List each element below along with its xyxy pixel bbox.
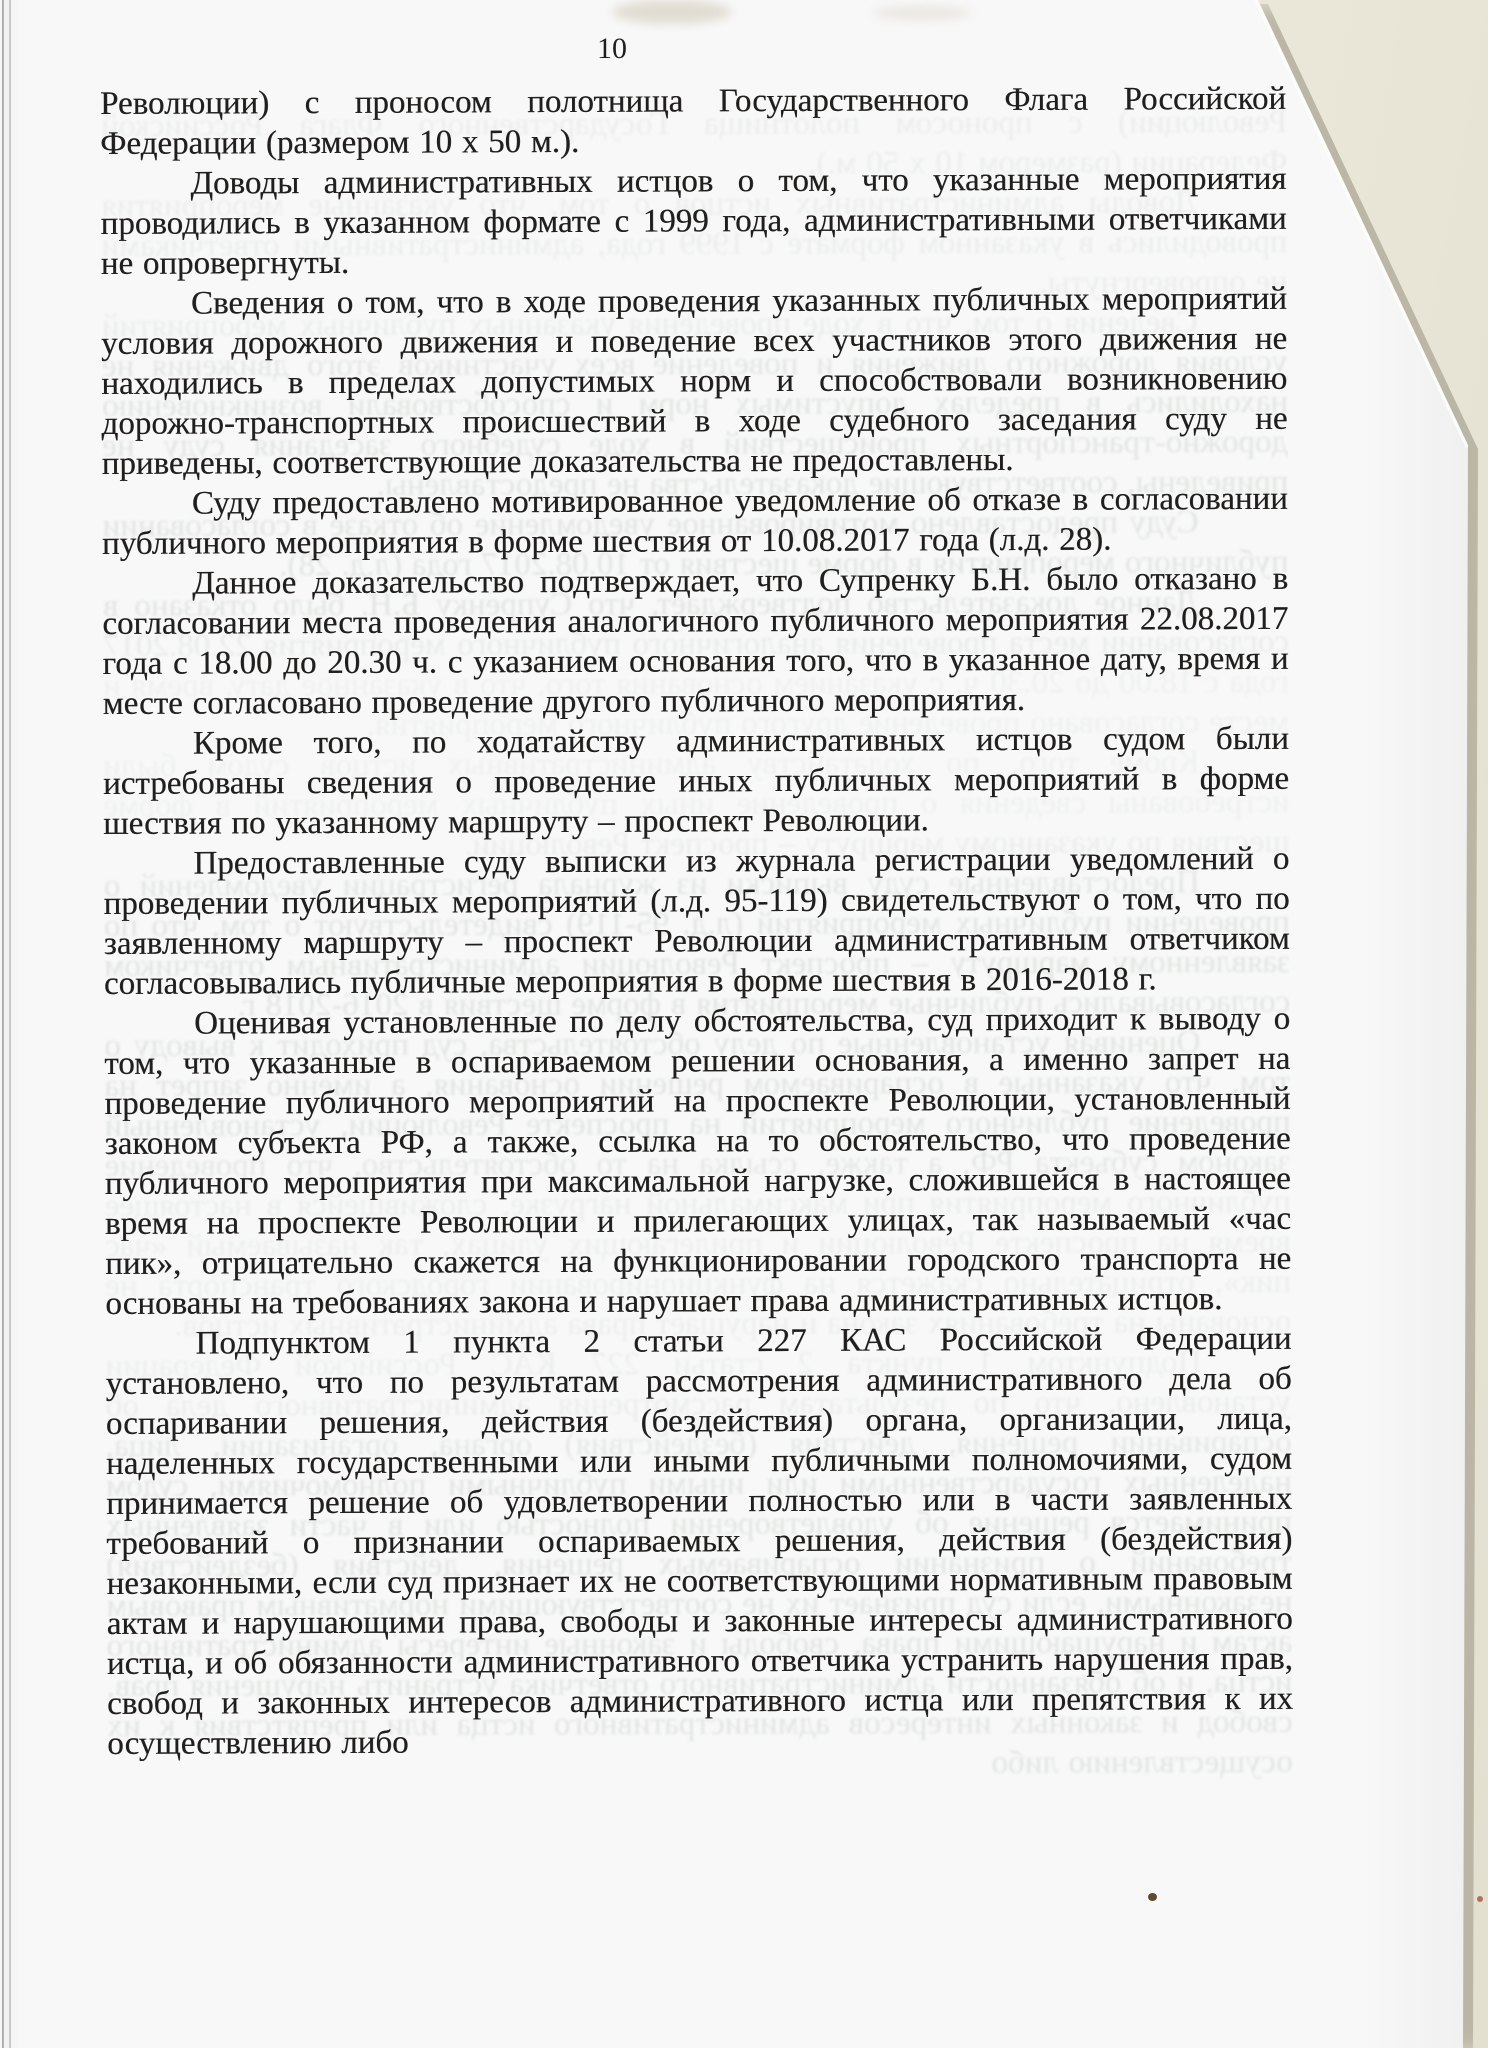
ink-speck bbox=[1148, 1893, 1157, 1901]
scanner-edge-lines bbox=[0, 0, 20, 2048]
paragraph: Кроме того, по ходатайству административ… bbox=[103, 719, 1290, 844]
paragraph: Данное доказательство подтверждает, что … bbox=[102, 559, 1289, 724]
scan-smudge bbox=[612, 0, 732, 24]
ink-speck bbox=[1477, 1896, 1483, 1902]
paragraph: Суду предоставлено мотивированное уведом… bbox=[102, 479, 1288, 564]
paragraph: Оценивая установленные по делу обстоятел… bbox=[104, 999, 1291, 1324]
paragraph: Сведения о том, что в ходе проведения ук… bbox=[101, 279, 1288, 484]
paragraph: Предоставленные суду выписки из журнала … bbox=[103, 839, 1290, 1004]
paragraph: Подпунктом 1 пункта 2 статьи 227 КАС Рос… bbox=[105, 1319, 1293, 1764]
paper-sheet: Революции) с проносом полотнища Государс… bbox=[0, 0, 1488, 2048]
document-body: Революции) с проносом полотнища Государс… bbox=[100, 79, 1293, 1764]
paragraph: Доводы административных истцов о том, чт… bbox=[100, 159, 1287, 284]
scan-background: Революции) с проносом полотнища Государс… bbox=[0, 0, 1488, 2048]
page-number: 10 bbox=[562, 33, 662, 65]
scan-smudge bbox=[872, 6, 972, 20]
paragraph: Революции) с проносом полотнища Государс… bbox=[100, 79, 1286, 164]
